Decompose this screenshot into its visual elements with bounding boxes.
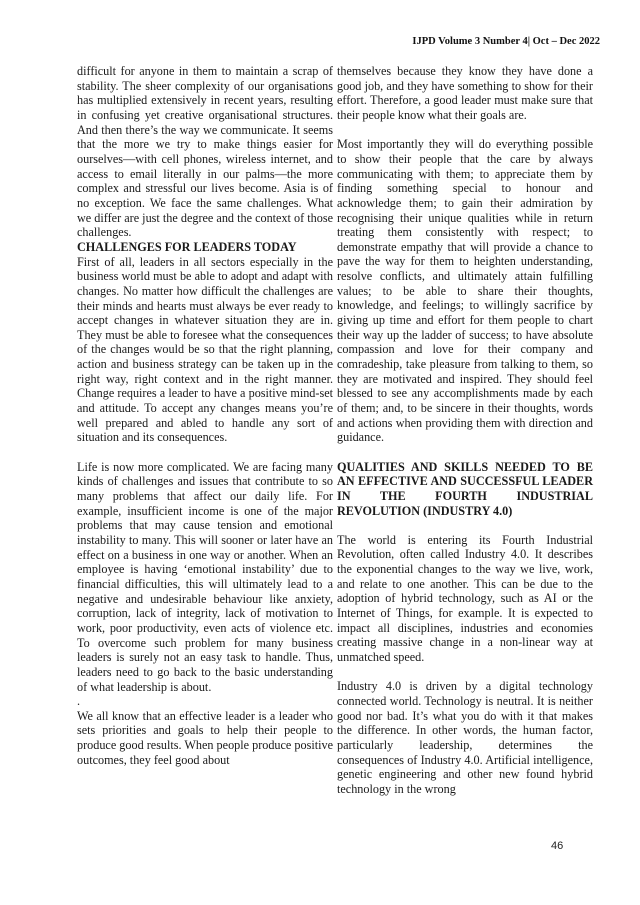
paragraph: We all know that an effective leader is … (77, 709, 333, 768)
document-page: IJPD Volume 3 Number 4| Oct – Dec 2022 d… (0, 0, 640, 905)
running-header: IJPD Volume 3 Number 4| Oct – Dec 2022 (412, 36, 600, 47)
paragraph: difficult for anyone in them to maintain… (77, 64, 333, 240)
paragraph: themselves because they know they have d… (337, 64, 593, 123)
section-heading: QUALITIES AND SKILLS NEEDED TO BE AN EFF… (337, 460, 593, 519)
paragraph: Industry 4.0 is driven by a digital tech… (337, 679, 593, 796)
paragraph: Most importantly they will do everything… (337, 137, 593, 445)
page-number: 46 (551, 840, 563, 852)
right-column: themselves because they know they have d… (337, 64, 593, 797)
section-heading: CHALLENGES FOR LEADERS TODAY (77, 240, 333, 255)
paragraph: First of all, leaders in all sectors esp… (77, 255, 333, 446)
paragraph: The world is entering its Fourth Industr… (337, 533, 593, 665)
left-column: difficult for anyone in them to maintain… (77, 64, 333, 767)
paragraph: Life is now more complicated. We are fac… (77, 460, 333, 695)
stray-dot: . (77, 694, 333, 709)
